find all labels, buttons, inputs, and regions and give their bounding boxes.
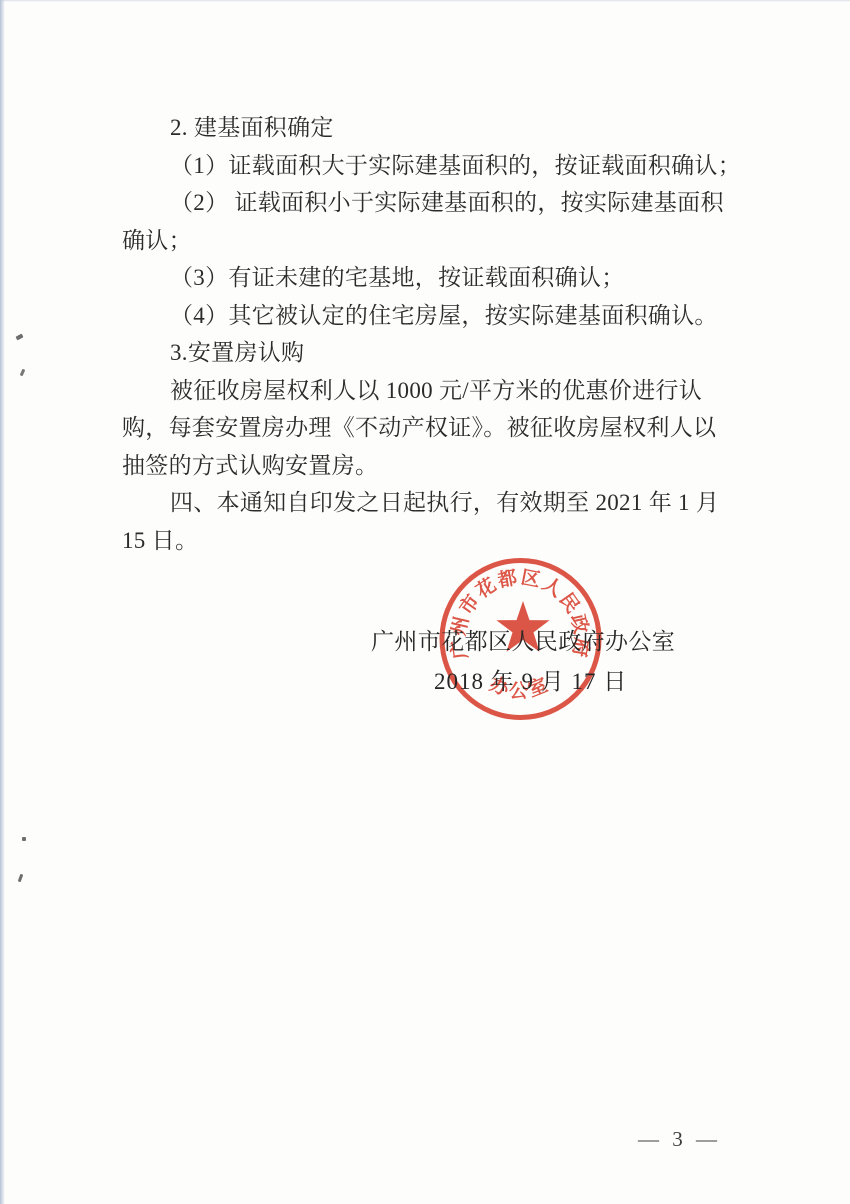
scan-speck [15, 334, 23, 341]
body-line: 四、本通知自印发之日起执行，有效期至 2021 年 1 月 [122, 489, 810, 516]
body-line: 购，每套安置房办理《不动产权证》。被征收房屋权利人以 [122, 414, 762, 441]
scan-speck [20, 369, 26, 377]
body-line: （3）有证未建的宅基地，按证载面积确认； [122, 264, 810, 291]
body-line: 3.安置房认购 [122, 339, 810, 366]
body-line: （2） 证载面积小于实际建基面积的，按实际建基面积 [122, 189, 810, 216]
scan-speck [18, 874, 24, 883]
body-line: 确认； [122, 227, 762, 254]
body-line: （4）其它被认定的住宅房屋，按实际建基面积确认。 [122, 302, 810, 329]
scanned-document-page: 广州市花都区人民政府 办公室 2. 建基面积确定 （1）证载面积大于实际建基面积… [0, 0, 850, 1204]
page-number: — 3 — [638, 1127, 721, 1152]
body-line: 2. 建基面积确定 [122, 114, 810, 141]
body-line: 被征收房屋权利人以 1000 元/平方米的优惠价进行认 [122, 377, 810, 404]
scan-top-edge [0, 0, 850, 2]
signature-office: 广州市花都区人民政府办公室 [371, 623, 675, 656]
body-line: （1）证载面积大于实际建基面积的，按证载面积确认； [122, 152, 810, 179]
body-line: 15 日。 [122, 527, 762, 554]
scan-left-edge [0, 0, 5, 1204]
signature-date: 2018 年 9 月 17 日 [434, 663, 627, 696]
body-line: 抽签的方式认购安置房。 [122, 452, 762, 479]
scan-speck [22, 837, 26, 841]
